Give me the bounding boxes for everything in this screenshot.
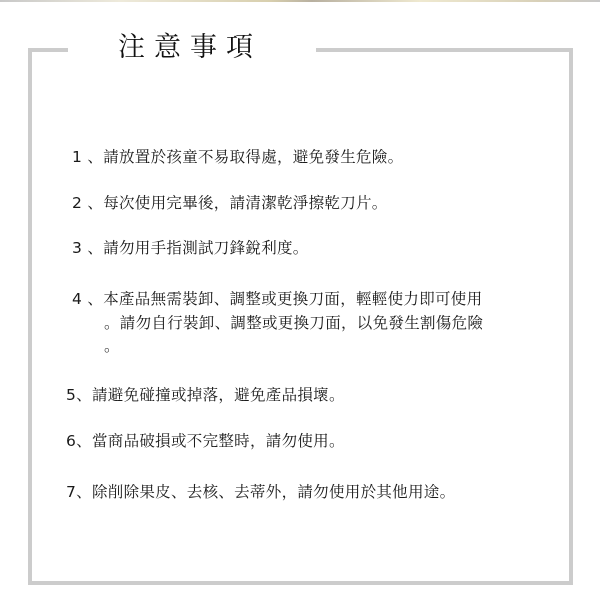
item-number: 7、 — [66, 481, 92, 503]
item-number: 3 、 — [72, 237, 103, 259]
frame-border-left — [28, 48, 32, 585]
notice-item-7: 7、除削除果皮、去核、去蒂外，請勿使用於其他用途。 — [66, 481, 455, 503]
notice-item-6: 6、當商品破損或不完整時，請勿使用。 — [66, 430, 345, 452]
notice-item-5: 5、請避免碰撞或掉落，避免產品損壞。 — [66, 384, 345, 406]
item-text: 請放置於孩童不易取得處，避免發生危險。 — [103, 148, 403, 166]
frame-border-top-left — [28, 48, 68, 52]
item-number: 6、 — [66, 430, 92, 452]
item-text: 。 — [104, 337, 120, 355]
notice-item-1: 1 、請放置於孩童不易取得處，避免發生危險。 — [72, 146, 403, 168]
item-text: 請勿用手指測試刀鋒銳利度。 — [103, 239, 308, 257]
item-text: 。請勿自行裝卸、調整或更換刀面，以免發生割傷危險 — [104, 314, 483, 332]
notice-item-4: 4 、本產品無需裝卸、調整或更換刀面，輕輕使力即可使用 — [72, 288, 482, 310]
notice-item-4-continuation-1: 。請勿自行裝卸、調整或更換刀面，以免發生割傷危險 — [104, 312, 483, 334]
item-text: 請避免碰撞或掉落，避免產品損壞。 — [92, 386, 345, 404]
page-title: 注意事項 — [118, 30, 262, 66]
item-text: 除削除果皮、去核、去蒂外，請勿使用於其他用途。 — [92, 483, 455, 501]
item-number: 4 、 — [72, 288, 103, 310]
notice-item-3: 3 、請勿用手指測試刀鋒銳利度。 — [72, 237, 309, 259]
item-text: 本產品無需裝卸、調整或更換刀面，輕輕使力即可使用 — [103, 290, 482, 308]
item-number: 5、 — [66, 384, 92, 406]
item-text: 每次使用完畢後，請清潔乾淨擦乾刀片。 — [103, 194, 387, 212]
top-image-strip — [0, 0, 600, 2]
notice-item-4-continuation-2: 。 — [104, 335, 120, 357]
item-number: 1 、 — [72, 146, 103, 168]
frame-border-right — [569, 48, 573, 585]
frame-border-top-right — [316, 48, 573, 52]
item-number: 2 、 — [72, 192, 103, 214]
item-text: 當商品破損或不完整時，請勿使用。 — [92, 432, 345, 450]
notice-item-2: 2 、每次使用完畢後，請清潔乾淨擦乾刀片。 — [72, 192, 388, 214]
frame-border-bottom — [28, 581, 573, 585]
